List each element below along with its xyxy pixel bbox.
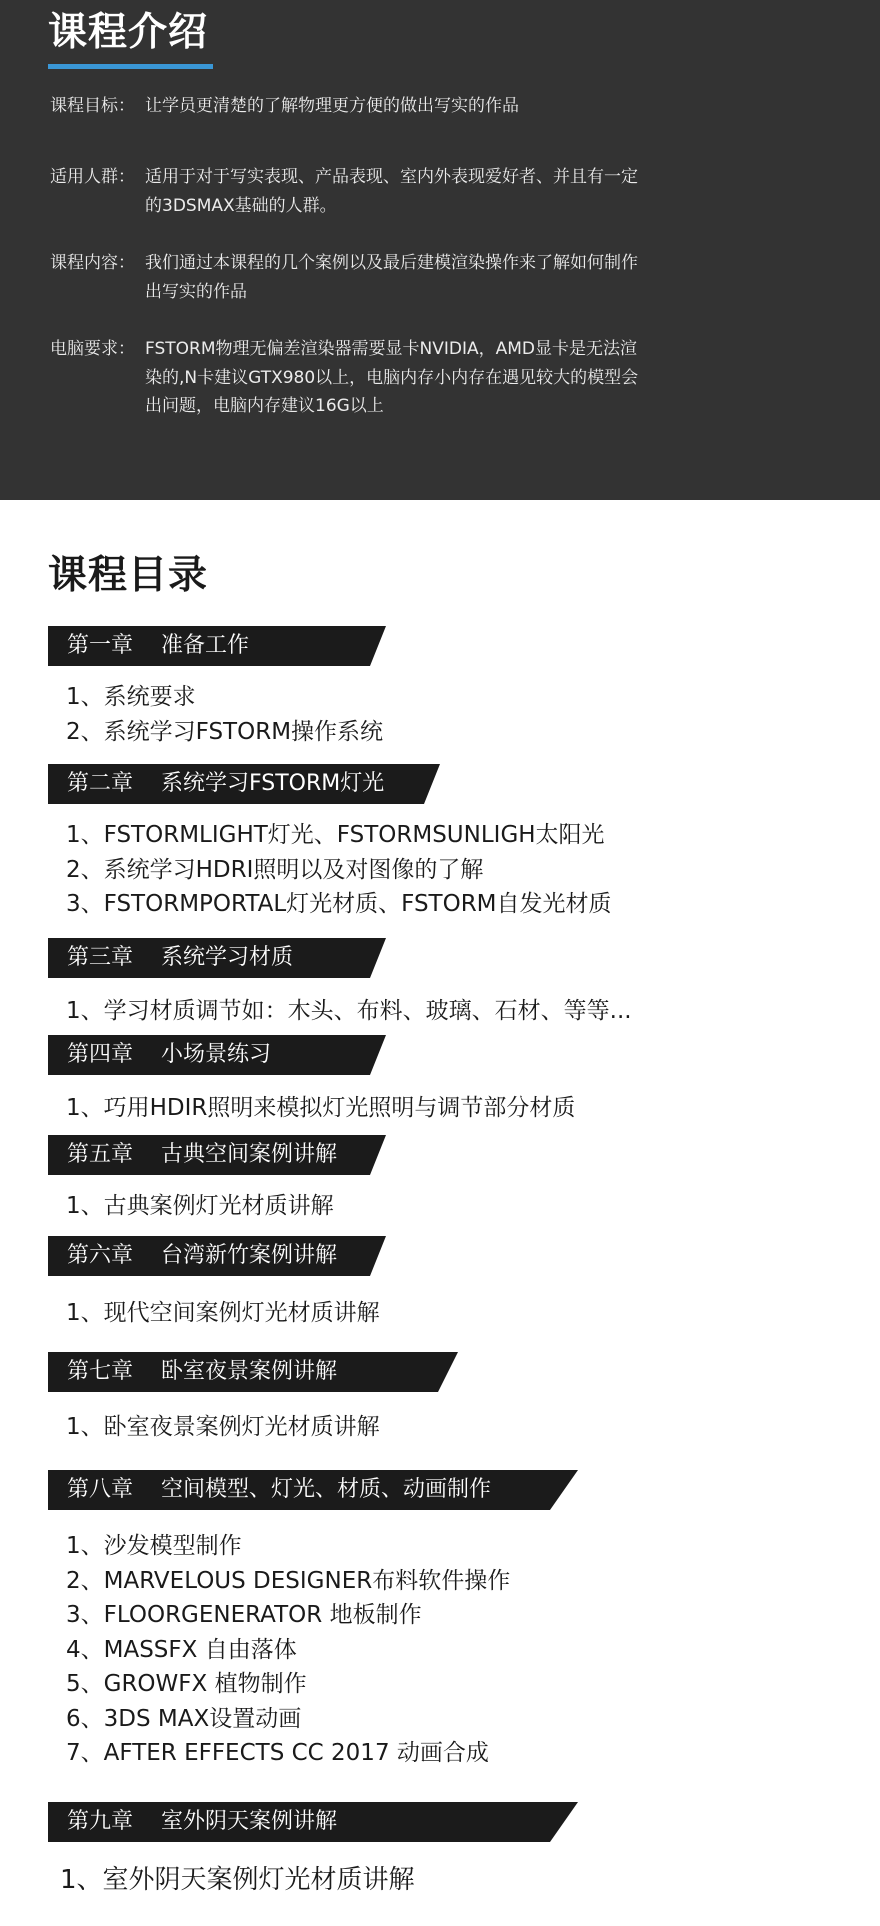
chapter-banner-8: 第八章 空间模型、灯光、材质、动画制作 bbox=[48, 1470, 578, 1510]
chapter-items-5: 1、古典案例灯光材质讲解 bbox=[66, 1189, 334, 1224]
chapter-number: 第三章 bbox=[67, 945, 133, 970]
info-label: 电脑要求： bbox=[50, 335, 135, 364]
chapter-title: 台湾新竹案例讲解 bbox=[161, 1243, 337, 1268]
info-value: 适用于对于写实表现、产品表现、室内外表现爱好者、并且有一定的3DSMAX基础的人… bbox=[145, 163, 650, 220]
list-item: 5、GROWFX 植物制作 bbox=[66, 1667, 510, 1702]
chapter-banner-1: 第一章 准备工作 bbox=[48, 626, 386, 666]
chapter-title: 古典空间案例讲解 bbox=[161, 1142, 337, 1167]
chapter-items-8: 1、沙发模型制作 2、MARVELOUS DESIGNER布料软件操作 3、FL… bbox=[66, 1529, 510, 1771]
list-item: 1、卧室夜景案例灯光材质讲解 bbox=[66, 1410, 380, 1445]
chapter-banner-3: 第三章 系统学习材质 bbox=[48, 938, 386, 978]
list-item: 6、3DS MAX设置动画 bbox=[66, 1702, 510, 1737]
chapter-number: 第二章 bbox=[67, 771, 133, 796]
chapter-title: 小场景练习 bbox=[161, 1042, 271, 1067]
info-label: 课程内容： bbox=[50, 249, 135, 278]
chapter-title: 空间模型、灯光、材质、动画制作 bbox=[161, 1477, 491, 1502]
list-item: 1、古典案例灯光材质讲解 bbox=[66, 1189, 334, 1224]
list-item: 2、系统学习FSTORM操作系统 bbox=[66, 715, 383, 750]
chapter-banner-9: 第九章 室外阴天案例讲解 bbox=[48, 1802, 578, 1842]
chapter-title: 系统学习FSTORM灯光 bbox=[161, 771, 384, 796]
chapter-title: 卧室夜景案例讲解 bbox=[161, 1359, 337, 1384]
chapter-banner-4: 第四章 小场景练习 bbox=[48, 1035, 386, 1075]
list-item: 1、室外阴天案例灯光材质讲解 bbox=[60, 1860, 415, 1900]
chapter-banner-2: 第二章 系统学习FSTORM灯光 bbox=[48, 764, 440, 804]
chapter-number: 第一章 bbox=[67, 633, 133, 658]
chapter-items-4: 1、巧用HDIR照明来模拟灯光照明与调节部分材质 bbox=[66, 1091, 575, 1126]
list-item: 2、MARVELOUS DESIGNER布料软件操作 bbox=[66, 1564, 510, 1599]
list-item: 2、系统学习HDRI照明以及对图像的了解 bbox=[66, 853, 612, 888]
chapter-number: 第六章 bbox=[67, 1243, 133, 1268]
list-item: 1、巧用HDIR照明来模拟灯光照明与调节部分材质 bbox=[66, 1091, 575, 1126]
list-item: 1、学习材质调节如：木头、布料、玻璃、石材、等等... bbox=[66, 994, 632, 1029]
chapter-banner-7: 第七章 卧室夜景案例讲解 bbox=[48, 1352, 458, 1392]
list-item: 1、FSTORMLIGHT灯光、FSTORMSUNLIGH太阳光 bbox=[66, 818, 612, 853]
chapter-items-7: 1、卧室夜景案例灯光材质讲解 bbox=[66, 1410, 380, 1445]
list-item: 7、AFTER EFFECTS CC 2017 动画合成 bbox=[66, 1736, 510, 1771]
chapter-banner-5: 第五章 古典空间案例讲解 bbox=[48, 1135, 386, 1175]
info-value: FSTORM物理无偏差渲染器需要显卡NVIDIA，AMD显卡是无法渲染的,N卡建… bbox=[145, 335, 650, 421]
list-item: 1、系统要求 bbox=[66, 680, 383, 715]
info-label: 课程目标： bbox=[50, 92, 135, 121]
chapter-number: 第五章 bbox=[67, 1142, 133, 1167]
info-value: 让学员更清楚的了解物理更方便的做出写实的作品 bbox=[145, 92, 650, 121]
list-item: 3、FSTORMPORTAL灯光材质、FSTORM自发光材质 bbox=[66, 887, 612, 922]
info-label: 适用人群： bbox=[50, 163, 135, 192]
intro-title: 课程介绍 bbox=[48, 8, 208, 58]
chapter-items-9: 1、室外阴天案例灯光材质讲解 bbox=[60, 1860, 415, 1900]
chapter-items-3: 1、学习材质调节如：木头、布料、玻璃、石材、等等... bbox=[66, 994, 632, 1029]
info-value: 我们通过本课程的几个案例以及最后建模渲染操作来了解如何制作出写实的作品 bbox=[145, 249, 650, 306]
list-item: 1、沙发模型制作 bbox=[66, 1529, 510, 1564]
chapter-banner-6: 第六章 台湾新竹案例讲解 bbox=[48, 1236, 386, 1276]
chapter-title: 室外阴天案例讲解 bbox=[161, 1809, 337, 1834]
chapter-title: 准备工作 bbox=[161, 633, 249, 658]
chapter-number: 第八章 bbox=[67, 1477, 133, 1502]
list-item: 1、现代空间案例灯光材质讲解 bbox=[66, 1296, 380, 1331]
chapter-number: 第九章 bbox=[67, 1809, 133, 1834]
course-intro-section: 课程介绍 课程目标： 让学员更清楚的了解物理更方便的做出写实的作品 适用人群： … bbox=[0, 0, 880, 500]
chapter-items-6: 1、现代空间案例灯光材质讲解 bbox=[66, 1296, 380, 1331]
list-item: 4、MASSFX 自由落体 bbox=[66, 1633, 510, 1668]
list-item: 3、FLOORGENERATOR 地板制作 bbox=[66, 1598, 510, 1633]
chapter-title: 系统学习材质 bbox=[161, 945, 293, 970]
title-underline-accent bbox=[48, 64, 213, 69]
catalog-title: 课程目录 bbox=[48, 548, 208, 604]
chapter-items-2: 1、FSTORMLIGHT灯光、FSTORMSUNLIGH太阳光 2、系统学习H… bbox=[66, 818, 612, 922]
chapter-items-1: 1、系统要求 2、系统学习FSTORM操作系统 bbox=[66, 680, 383, 749]
chapter-number: 第七章 bbox=[67, 1359, 133, 1384]
chapter-number: 第四章 bbox=[67, 1042, 133, 1067]
